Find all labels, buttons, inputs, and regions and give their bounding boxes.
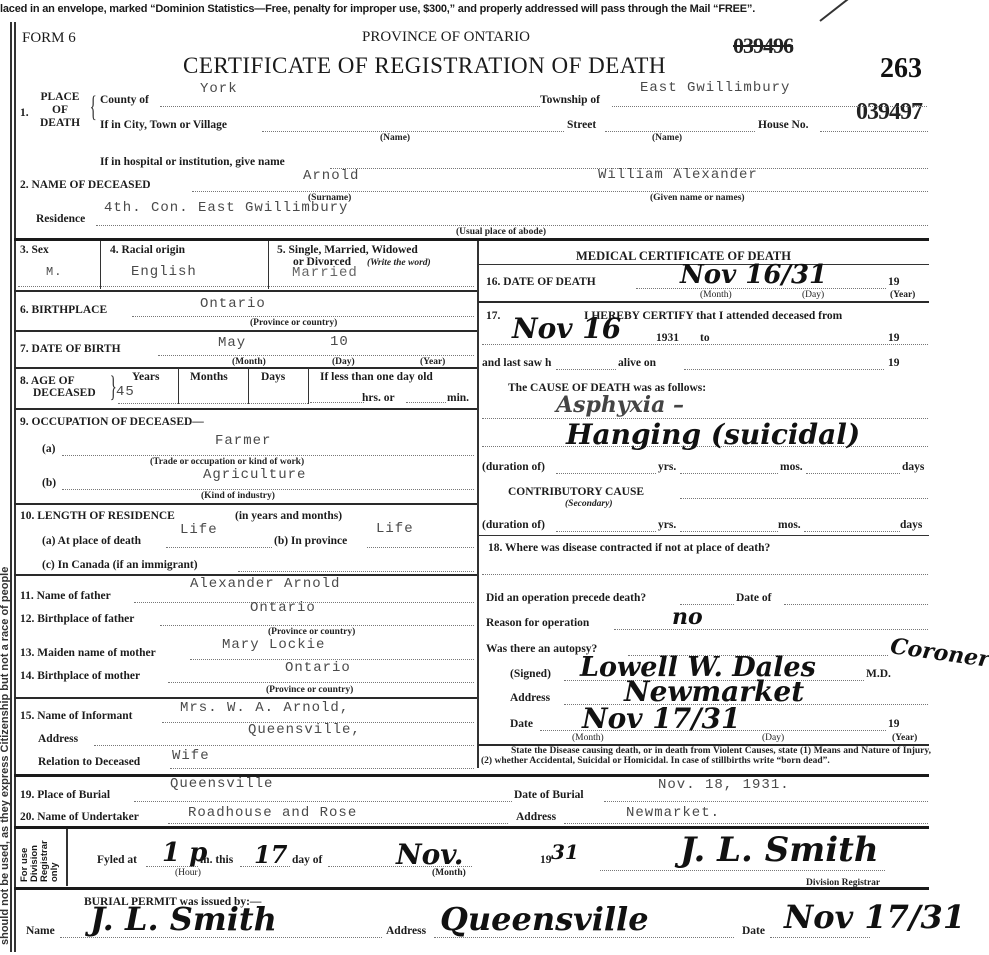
occupation-label: 9. OCCUPATION OF DECEASED— (20, 416, 204, 428)
undertaker-label: 20. Name of Undertaker (20, 811, 139, 823)
months-label: Months (190, 371, 228, 383)
hour-caption: (Hour) (175, 868, 201, 878)
occupation-a-label: (a) (42, 443, 55, 455)
permit-date-value[interactable]: Nov 17/31 (784, 898, 965, 936)
informant-label: 15. Name of Informant (20, 710, 132, 722)
mother-birthplace-value[interactable]: Ontario (285, 660, 351, 676)
duration2-mos-line[interactable] (680, 531, 778, 532)
divider (14, 330, 477, 332)
surname-value[interactable]: Arnold (303, 168, 359, 184)
md-label: M.D. (866, 668, 891, 680)
informant-name-value[interactable]: Mrs. W. A. Arnold, (180, 700, 349, 716)
county-label: County of (100, 94, 149, 106)
permit-name-value[interactable]: J. L. Smith (90, 900, 277, 938)
permit-date-label: Date (742, 925, 765, 937)
m-this-label: m. this (200, 854, 233, 866)
divider (14, 290, 477, 292)
stamp-number: 039497 (856, 99, 922, 126)
attended-year: 1931 (656, 332, 679, 344)
residence-length-hint: (in years and months) (235, 510, 342, 522)
contributory-cause-label: CONTRIBUTORY CAUSE (508, 486, 644, 498)
divider (14, 367, 477, 369)
form-number: FORM 6 (22, 30, 76, 47)
permit-name-label: Name (26, 925, 55, 937)
duration2-days-line[interactable] (804, 531, 900, 532)
q18-line[interactable] (482, 574, 928, 575)
township-line (612, 106, 927, 107)
certify-text: I HEREBY CERTIFY that I attended decease… (584, 310, 842, 322)
mother-label: 13. Maiden name of mother (20, 647, 156, 659)
undertaker-address-value[interactable]: Newmarket. (626, 805, 720, 821)
street-label: Street (567, 119, 596, 131)
dob-line (158, 355, 474, 356)
cell-divider (248, 368, 249, 404)
cause-1-value[interactable]: Asphyxia – (556, 392, 684, 418)
age-line (118, 403, 308, 404)
alive-on-line[interactable] (684, 369, 884, 370)
registrar-signature[interactable]: J. L. Smith (680, 830, 879, 870)
sex-label: 3. Sex (20, 244, 49, 256)
dob-month-value[interactable]: May (218, 335, 246, 351)
fyled-year-prefix: 19 (540, 854, 552, 866)
contributory-cause-line[interactable] (680, 498, 928, 499)
registrar-side-divider (66, 829, 68, 886)
operation-date-label: Date of (736, 592, 771, 604)
days-label: days (902, 461, 924, 473)
duration-yrs-line[interactable] (556, 473, 656, 474)
permit-address-value[interactable]: Queensville (440, 900, 649, 938)
permit-date-line (770, 937, 870, 938)
township-value[interactable]: East Gwillimbury (640, 80, 790, 96)
duration2-yrs-line[interactable] (556, 531, 656, 532)
coroner-value: Coroner (889, 633, 989, 673)
township-label: Township of (540, 94, 600, 106)
registrar-side-label: For use Division Registrar only (20, 840, 60, 882)
dod-month-caption: (Month) (700, 290, 732, 300)
duration-days-line[interactable] (806, 473, 900, 474)
medical-date-label: Date (510, 718, 533, 730)
birthplace-label: 6. BIRTHPLACE (20, 304, 107, 316)
undertaker-line (168, 823, 508, 824)
less-than-day-label: If less than one day old (320, 371, 433, 383)
residence-c-label: (c) In Canada (if an immigrant) (42, 559, 198, 571)
racial-origin-label: 4. Racial origin (110, 244, 185, 256)
last-saw-label: and last saw h (482, 357, 551, 369)
medical-address-label: Address (510, 692, 550, 704)
cause-2-value[interactable]: Hanging (suicidal) (566, 418, 860, 451)
age-years-value[interactable]: 45 (116, 384, 135, 400)
registrar-signature-line (600, 870, 885, 871)
street-caption: (Name) (652, 133, 682, 143)
father-birthplace-value[interactable]: Ontario (250, 600, 316, 616)
residence-b-line (367, 547, 474, 548)
postal-banner: laced in an envelope, marked “Dominion S… (0, 3, 755, 15)
father-value[interactable]: Alexander Arnold (190, 576, 340, 592)
residence-line (96, 225, 928, 226)
undertaker-address-line (564, 823, 928, 824)
occupation-b-value[interactable]: Agriculture (203, 467, 306, 483)
hrs-line[interactable] (310, 402, 364, 403)
operation-label: Did an operation precede death? (486, 592, 646, 604)
divider (14, 503, 477, 505)
residence-a-value[interactable]: Life (180, 522, 218, 538)
mos-label-2: mos. (778, 519, 801, 531)
house-label: House No. (758, 119, 808, 131)
dob-day-value[interactable]: 10 (330, 334, 349, 350)
divider (478, 301, 929, 303)
residence-a-line (166, 547, 272, 548)
duration-label: (duration of) (482, 461, 545, 473)
row-line (18, 286, 474, 287)
mos-label: mos. (780, 461, 803, 473)
divider (14, 826, 929, 829)
min-line[interactable] (406, 402, 446, 403)
medical-year-caption: (Year) (892, 733, 917, 743)
side-margin-note: should not be used, as they express Citi… (0, 567, 11, 945)
burial-date-label: Date of Burial (514, 789, 584, 801)
dob-label: 7. DATE OF BIRTH (20, 343, 121, 355)
city-line[interactable] (262, 131, 564, 132)
occupation-a-line (62, 455, 474, 456)
sex-value[interactable]: M. (46, 265, 62, 279)
dob-year-caption: (Year) (420, 357, 445, 367)
birthplace-value[interactable]: Ontario (200, 296, 266, 312)
divider (14, 887, 929, 890)
province-heading: PROVINCE OF ONTARIO (362, 29, 530, 46)
hrs-label: hrs. or (362, 392, 395, 404)
duration-label-2: (duration of) (482, 519, 545, 531)
cell-divider (268, 241, 269, 289)
mother-birthplace-label: 14. Birthplace of mother (20, 670, 140, 682)
given-names-value[interactable]: William Alexander (598, 167, 758, 183)
residence-c-line[interactable] (238, 571, 474, 572)
dob-month-caption: (Month) (232, 357, 266, 367)
medical-month-caption: (Month) (572, 733, 604, 743)
residence-value[interactable]: 4th. Con. East Gwillimbury (104, 200, 348, 216)
medical-day-caption: (Day) (762, 733, 784, 743)
days-label-2: days (900, 519, 922, 531)
dob-day-caption: (Day) (332, 357, 355, 367)
last-saw-line[interactable] (556, 369, 616, 370)
undertaker-value[interactable]: Roadhouse and Rose (188, 805, 357, 821)
yrs-label: yrs. (658, 461, 676, 473)
place-of-death-label: PLACE OF DEATH (38, 91, 82, 130)
age-label-2: DECEASED (33, 387, 96, 399)
given-names-caption: (Given name or names) (650, 193, 745, 203)
informant-address-value[interactable]: Queensville, (248, 722, 361, 738)
struck-stamp-number: 039496 (733, 33, 793, 59)
medical-instructions-note: State the Disease causing death, or in d… (481, 746, 931, 766)
occupation-b-line (62, 489, 474, 490)
cell-divider (178, 368, 179, 404)
column-divider (477, 241, 479, 768)
informant-address-label: Address (38, 733, 78, 745)
day-of-label: day of (292, 854, 322, 866)
contributory-caption: (Secondary) (565, 499, 613, 509)
birthplace-caption: (Province or country) (250, 318, 337, 328)
deceased-name-line (192, 191, 928, 192)
dod-day-caption: (Day) (802, 290, 824, 300)
permit-address-label: Address (386, 925, 426, 937)
occupation-b-label: (b) (42, 477, 56, 489)
dod-19: 19 (888, 276, 900, 288)
to-label: to (700, 332, 710, 344)
city-caption: (Name) (380, 133, 410, 143)
years-label: Years (132, 371, 159, 383)
residence-caption: (Usual place of abode) (456, 227, 546, 237)
mother-birthplace-caption: (Province or country) (266, 685, 353, 695)
age-label: 8. AGE OF (20, 375, 75, 387)
county-line (160, 106, 540, 107)
marital-status-hint: (Write the word) (367, 258, 431, 268)
burial-place-line (134, 801, 512, 802)
medical-date-value[interactable]: Nov 17/31 (582, 702, 740, 735)
divider (14, 408, 477, 410)
mother-birthplace-line (168, 682, 474, 683)
yrs-label-2: yrs. (658, 519, 676, 531)
residence-length-label: 10. LENGTH OF RESIDENCE (20, 510, 175, 522)
to-19: 19 (888, 332, 900, 344)
divider (14, 774, 929, 777)
cell-divider (100, 241, 101, 289)
medical-date-19: 19 (888, 718, 900, 730)
residence-label: Residence (36, 213, 85, 225)
county-value[interactable]: York (200, 81, 238, 97)
signed-label: (Signed) (510, 668, 551, 680)
fyled-year-value[interactable]: 31 (551, 840, 579, 864)
side-line: only (50, 840, 60, 882)
residence-a-label: (a) At place of death (42, 535, 141, 547)
birthplace-line (132, 316, 474, 317)
divider (14, 697, 477, 699)
burial-date-value[interactable]: Nov. 18, 1931. (658, 777, 790, 793)
date-of-death-label: 16. DATE OF DEATH (486, 276, 596, 288)
occupation-a-value[interactable]: Farmer (215, 433, 271, 449)
registration-number: 263 (880, 53, 922, 85)
father-birthplace-label: 12. Birthplace of father (20, 613, 134, 625)
item-1-number: 1. (20, 107, 29, 119)
cell-divider (308, 368, 309, 404)
burial-place-value[interactable]: Queensville (170, 776, 273, 792)
father-birthplace-caption: (Province or country) (268, 627, 355, 637)
marital-status-label: 5. Single, Married, Widowed (277, 244, 418, 256)
residence-b-label: (b) In province (274, 535, 347, 547)
certify-number: 17. (486, 310, 500, 322)
relation-label: Relation to Deceased (38, 756, 140, 768)
father-label: 11. Name of father (20, 590, 111, 602)
min-label: min. (447, 392, 469, 404)
left-border-inner (14, 22, 16, 952)
attended-from-value[interactable]: Nov 16 (512, 312, 621, 345)
operation-reason-value[interactable]: no (672, 604, 703, 630)
operation-date-line[interactable] (784, 604, 928, 605)
deceased-name-label: 2. NAME OF DECEASED (20, 179, 151, 191)
relation-line (170, 768, 474, 769)
label-line: PLACE (38, 91, 82, 104)
house-line[interactable] (820, 131, 928, 132)
q18-label: 18. Where was disease contracted if not … (488, 542, 770, 554)
burial-place-label: 19. Place of Burial (20, 789, 110, 801)
undertaker-address-label: Address (516, 811, 556, 823)
father-birthplace-line (160, 625, 474, 626)
divider (478, 535, 929, 536)
relation-value[interactable]: Wife (172, 748, 210, 764)
certificate-title: CERTIFICATE OF REGISTRATION OF DEATH (183, 53, 666, 79)
month-caption: (Month) (432, 868, 466, 878)
fyled-day-value[interactable]: 17 (254, 840, 287, 869)
brace: { (90, 92, 97, 122)
duration-mos-line[interactable] (680, 473, 778, 474)
fyled-label: Fyled at (97, 854, 137, 866)
residence-b-value[interactable]: Life (376, 521, 414, 537)
informant-address-line (94, 745, 474, 746)
burial-date-line (604, 801, 928, 802)
racial-origin-value[interactable]: English (131, 264, 197, 280)
mother-value[interactable]: Mary Lockie (222, 637, 325, 653)
dod-year-caption: (Year) (890, 290, 915, 300)
hospital-label: If in hospital or institution, give name (100, 156, 285, 168)
occupation-a-caption: (Trade or occupation or kind of work) (150, 457, 304, 467)
alive-19: 19 (888, 357, 900, 369)
occupation-b-caption: (Kind of industry) (201, 491, 275, 501)
fyled-month-value[interactable]: Nov. (396, 838, 463, 871)
operation-reason-line (614, 629, 928, 630)
divider (14, 238, 929, 241)
operation-reason-label: Reason for operation (486, 617, 589, 629)
strike-mark (819, 0, 861, 22)
label-line: OF (38, 104, 82, 117)
alive-on-label: alive on (618, 357, 656, 369)
street-line[interactable] (605, 131, 755, 132)
label-line: DEATH (38, 117, 82, 130)
date-of-death-value[interactable]: Nov 16/31 (680, 260, 827, 290)
marital-status-value[interactable]: Married (292, 265, 358, 281)
city-label: If in City, Town or Village (100, 119, 227, 131)
days-label: Days (261, 371, 285, 383)
